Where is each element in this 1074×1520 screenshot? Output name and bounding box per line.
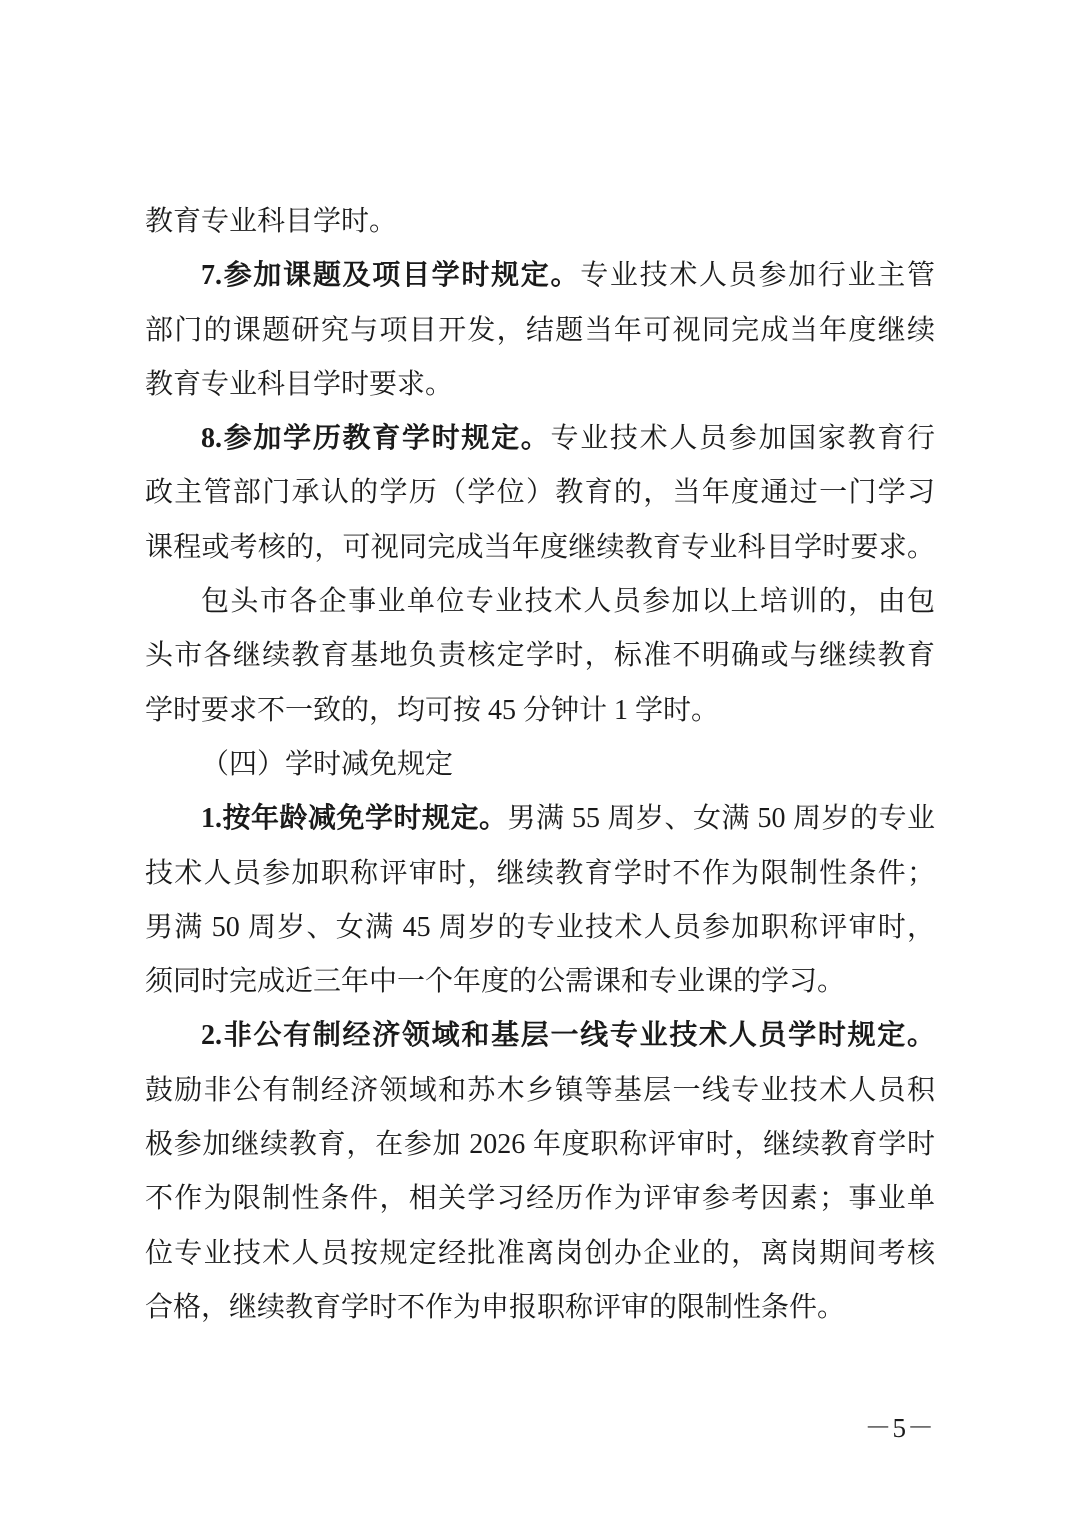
- text-run: 专业技术人员参加国家教育行: [551, 423, 936, 454]
- text-run: 学时要求不一致的，均可按 45 分钟计 1 学时。: [145, 695, 719, 726]
- text-run: 合格，继续教育学时不作为申报职称评审的限制性条件。: [145, 1292, 845, 1323]
- text-line: 教育专业科目学时要求。: [145, 358, 935, 412]
- text-line: 技术人员参加职称评审时，继续教育学时不作为限制性条件；: [145, 847, 935, 901]
- page-number: －5－: [865, 1412, 936, 1444]
- text-run: 课程或考核的，可视同完成当年度继续教育专业科目学时要求。: [145, 532, 935, 563]
- text-run: 须同时完成近三年中一个年度的公需课和专业课的学习。: [145, 966, 845, 997]
- text-run: 包头市各企事业单位专业技术人员参加以上培训的，由包: [201, 586, 935, 617]
- text-line: 合格，继续教育学时不作为申报职称评审的限制性条件。: [145, 1281, 935, 1335]
- text-run: 教育专业科目学时要求。: [145, 369, 453, 400]
- text-run: 男满 50 周岁、女满 45 周岁的专业技术人员参加职称评审时，: [145, 912, 935, 943]
- text-line: 部门的课题研究与项目开发，结题当年可视同完成当年度继续: [145, 304, 935, 358]
- text-run: 专业技术人员参加行业主管: [580, 260, 935, 291]
- text-line: 2.非公有制经济领域和基层一线专业技术人员学时规定。: [145, 1009, 935, 1063]
- text-line: 鼓励非公有制经济领域和苏木乡镇等基层一线专业技术人员积: [145, 1064, 935, 1118]
- text-run: 部门的课题研究与项目开发，结题当年可视同完成当年度继续: [145, 315, 935, 346]
- text-run: 男满 55 周岁、女满 50 周岁的专业: [508, 803, 935, 834]
- heading-run: 7.参加课题及项目学时规定。: [201, 260, 580, 291]
- text-run: 不作为限制性条件，相关学习经历作为评审参考因素；事业单: [145, 1183, 935, 1214]
- text-line: 位专业技术人员按规定经批准离岗创办企业的，离岗期间考核: [145, 1227, 935, 1281]
- document-page: 教育专业科目学时。7.参加课题及项目学时规定。专业技术人员参加行业主管部门的课题…: [0, 0, 1074, 1520]
- text-line: 7.参加课题及项目学时规定。专业技术人员参加行业主管: [145, 249, 935, 303]
- text-line: 政主管部门承认的学历（学位）教育的，当年度通过一门学习: [145, 466, 935, 520]
- text-run: 头市各继续教育基地负责核定学时，标准不明确或与继续教育: [145, 640, 935, 671]
- text-line: 男满 50 周岁、女满 45 周岁的专业技术人员参加职称评审时，: [145, 901, 935, 955]
- text-run: （四）学时减免规定: [201, 749, 453, 780]
- text-run: 政主管部门承认的学历（学位）教育的，当年度通过一门学习: [145, 477, 935, 508]
- text-line: 头市各继续教育基地负责核定学时，标准不明确或与继续教育: [145, 629, 935, 683]
- text-line: 极参加继续教育，在参加 2026 年度职称评审时，继续教育学时: [145, 1118, 935, 1172]
- text-run: 鼓励非公有制经济领域和苏木乡镇等基层一线专业技术人员积: [145, 1075, 935, 1106]
- heading-run: 2.非公有制经济领域和基层一线专业技术人员学时规定。: [201, 1020, 935, 1051]
- text-line: 课程或考核的，可视同完成当年度继续教育专业科目学时要求。: [145, 521, 935, 575]
- text-run: 位专业技术人员按规定经批准离岗创办企业的，离岗期间考核: [145, 1238, 935, 1269]
- heading-run: 1.按年龄减免学时规定。: [201, 803, 508, 834]
- text-line: 不作为限制性条件，相关学习经历作为评审参考因素；事业单: [145, 1172, 935, 1226]
- text-line: （四）学时减免规定: [145, 738, 935, 792]
- text-line: 学时要求不一致的，均可按 45 分钟计 1 学时。: [145, 684, 935, 738]
- text-line: 8.参加学历教育学时规定。专业技术人员参加国家教育行: [145, 412, 935, 466]
- text-run: 教育专业科目学时。: [145, 206, 397, 237]
- heading-run: 8.参加学历教育学时规定。: [201, 423, 551, 454]
- text-line: 教育专业科目学时。: [145, 195, 935, 249]
- text-run: 技术人员参加职称评审时，继续教育学时不作为限制性条件；: [145, 858, 935, 889]
- text-line: 须同时完成近三年中一个年度的公需课和专业课的学习。: [145, 955, 935, 1009]
- document-body: 教育专业科目学时。7.参加课题及项目学时规定。专业技术人员参加行业主管部门的课题…: [145, 195, 935, 1335]
- text-line: 1.按年龄减免学时规定。男满 55 周岁、女满 50 周岁的专业: [145, 792, 935, 846]
- text-line: 包头市各企事业单位专业技术人员参加以上培训的，由包: [145, 575, 935, 629]
- text-run: 极参加继续教育，在参加 2026 年度职称评审时，继续教育学时: [145, 1129, 935, 1160]
